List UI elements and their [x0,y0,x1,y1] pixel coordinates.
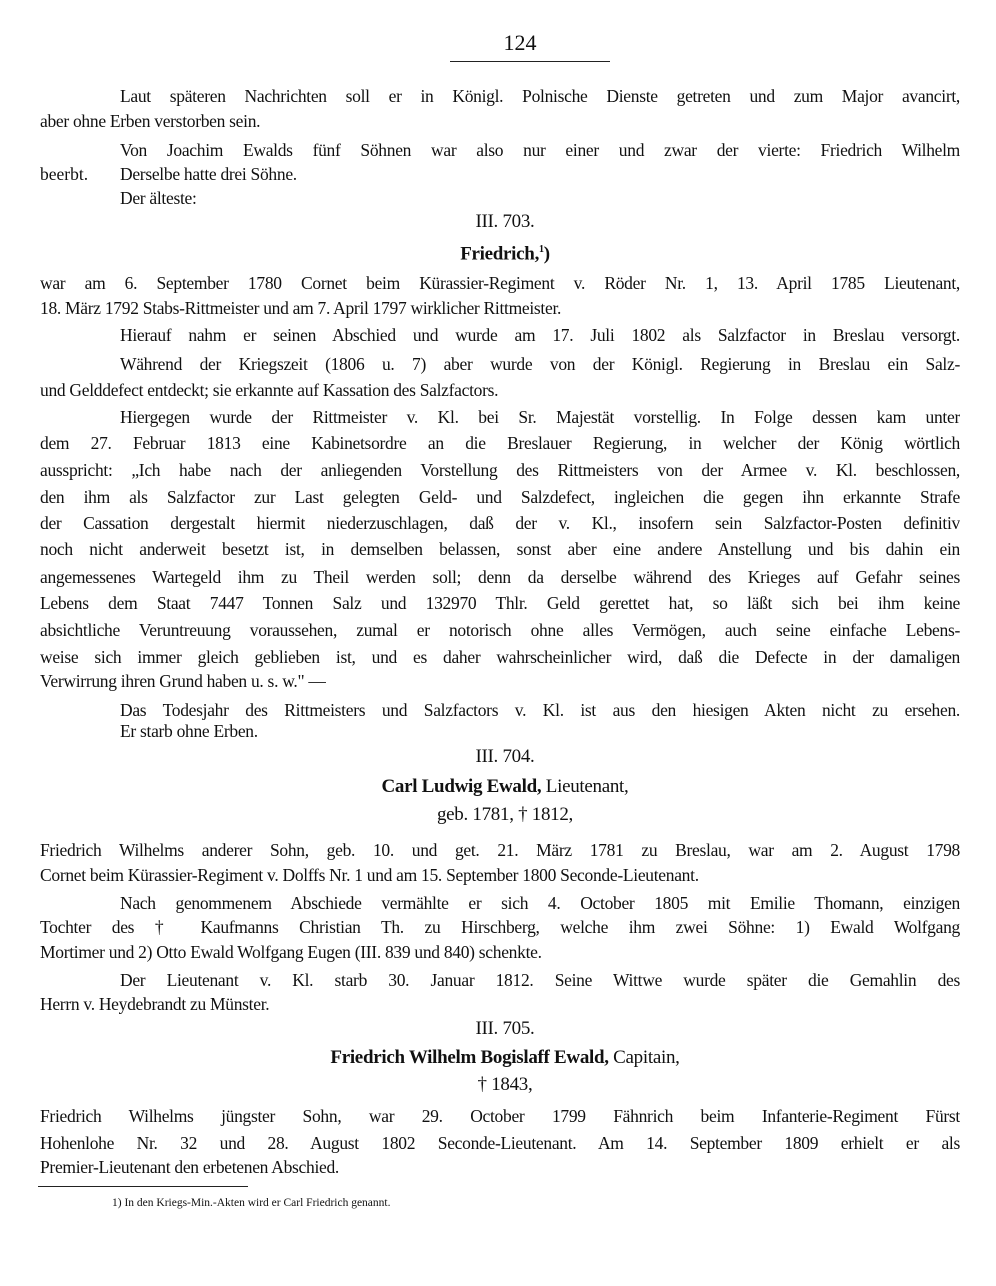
text-line: Von Joachim Ewalds fünf Söhnen war also … [120,138,960,162]
footnote-ref[interactable]: 1 [539,244,544,255]
entry-dates: † 1843, [0,1073,996,1097]
text-line: Lebens dem Staat 7447 Tonnen Salz und 13… [40,591,960,615]
text-line: Verwirrung ihren Grund haben u. s. w." — [40,669,960,693]
text-line: ausspricht: „Ich habe nach der anliegend… [40,458,960,482]
page-number: 124 [0,30,996,56]
text-line: 18. März 1792 Stabs-Rittmeister und am 7… [40,296,960,320]
entry-number: III. 704. [0,745,996,769]
continuation-word: beerbt. [40,162,88,186]
entry-name-text: Carl Ludwig Ewald, [382,776,542,797]
text-line: aber ohne Erben verstorben sein. [40,109,960,133]
text-line: Cornet beim Kürassier-Regiment v. Dolffs… [40,863,960,887]
text-line: Friedrich Wilhelms anderer Sohn, geb. 10… [40,838,960,862]
text-line: den ihm als Salzfactor zur Last gelegten… [40,485,960,509]
text-line: weise sich immer gleich geblieben ist, u… [40,645,960,669]
text-line: noch nicht anderweit besetzt ist, in dem… [40,537,960,561]
text-line: Friedrich Wilhelms jüngster Sohn, war 29… [40,1104,960,1128]
entry-name: Carl Ludwig Ewald, Lieutenant, [0,775,996,799]
text-line: war am 6. September 1780 Cornet beim Kür… [40,271,960,295]
entry-number: III. 705. [0,1017,996,1041]
text-line: Nach genommenem Abschiede vermählte er s… [120,891,960,915]
text-line: Hierauf nahm er seinen Abschied und wurd… [120,323,960,347]
text-line: Hohenlohe Nr. 32 und 28. August 1802 Sec… [40,1131,960,1155]
text-line: Der Lieutenant v. Kl. starb 30. Januar 1… [120,968,960,992]
text-line: und Gelddefect entdeckt; sie erkannte au… [40,378,960,402]
entry-name: Friedrich Wilhelm Bogislaff Ewald, Capit… [0,1046,996,1070]
text-line: Der älteste: [120,186,960,210]
document-page: 124 Laut späteren Nachrichten soll er in… [0,0,996,1286]
text-line: dem 27. Februar 1813 eine Kabinetsordre … [40,431,960,455]
entry-name-text: Friedrich, [460,243,539,264]
entry-role: Capitain, [613,1047,679,1068]
text-line: Er starb ohne Erben. [120,719,960,743]
entry-dates: geb. 1781, † 1812, [0,803,996,827]
text-line: Während der Kriegszeit (1806 u. 7) aber … [120,352,960,376]
text-line: Mortimer und 2) Otto Ewald Wolfgang Euge… [40,940,960,964]
text-line: Derselbe hatte drei Söhne. [120,162,960,186]
footnote: 1) In den Kriegs-Min.-Akten wird er Carl… [112,1197,390,1209]
entry-name: Friedrich,1) [0,238,996,266]
text-line: Hiergegen wurde der Rittmeister v. Kl. b… [120,405,960,429]
text-line: angemessenes Wartegeld ihm zu Theil werd… [40,565,960,589]
entry-name-text: Friedrich Wilhelm Bogislaff Ewald, [330,1047,608,1068]
entry-role: Lieutenant, [546,776,629,797]
entry-number: III. 703. [0,210,996,234]
text-line: Herrn v. Heydebrandt zu Münster. [40,992,960,1016]
text-line: der Cassation dergestalt hiermit niederz… [40,511,960,535]
text-line: Laut späteren Nachrichten soll er in Kön… [120,84,960,108]
footnote-rule [38,1186,248,1187]
text-line: Tochter des † Kaufmanns Christian Th. zu… [40,915,960,939]
text-line: absichtliche Veruntreuung voraussehen, z… [40,618,960,642]
page-number-rule [450,61,610,62]
text-line: Premier-Lieutenant den erbetenen Abschie… [40,1155,960,1179]
